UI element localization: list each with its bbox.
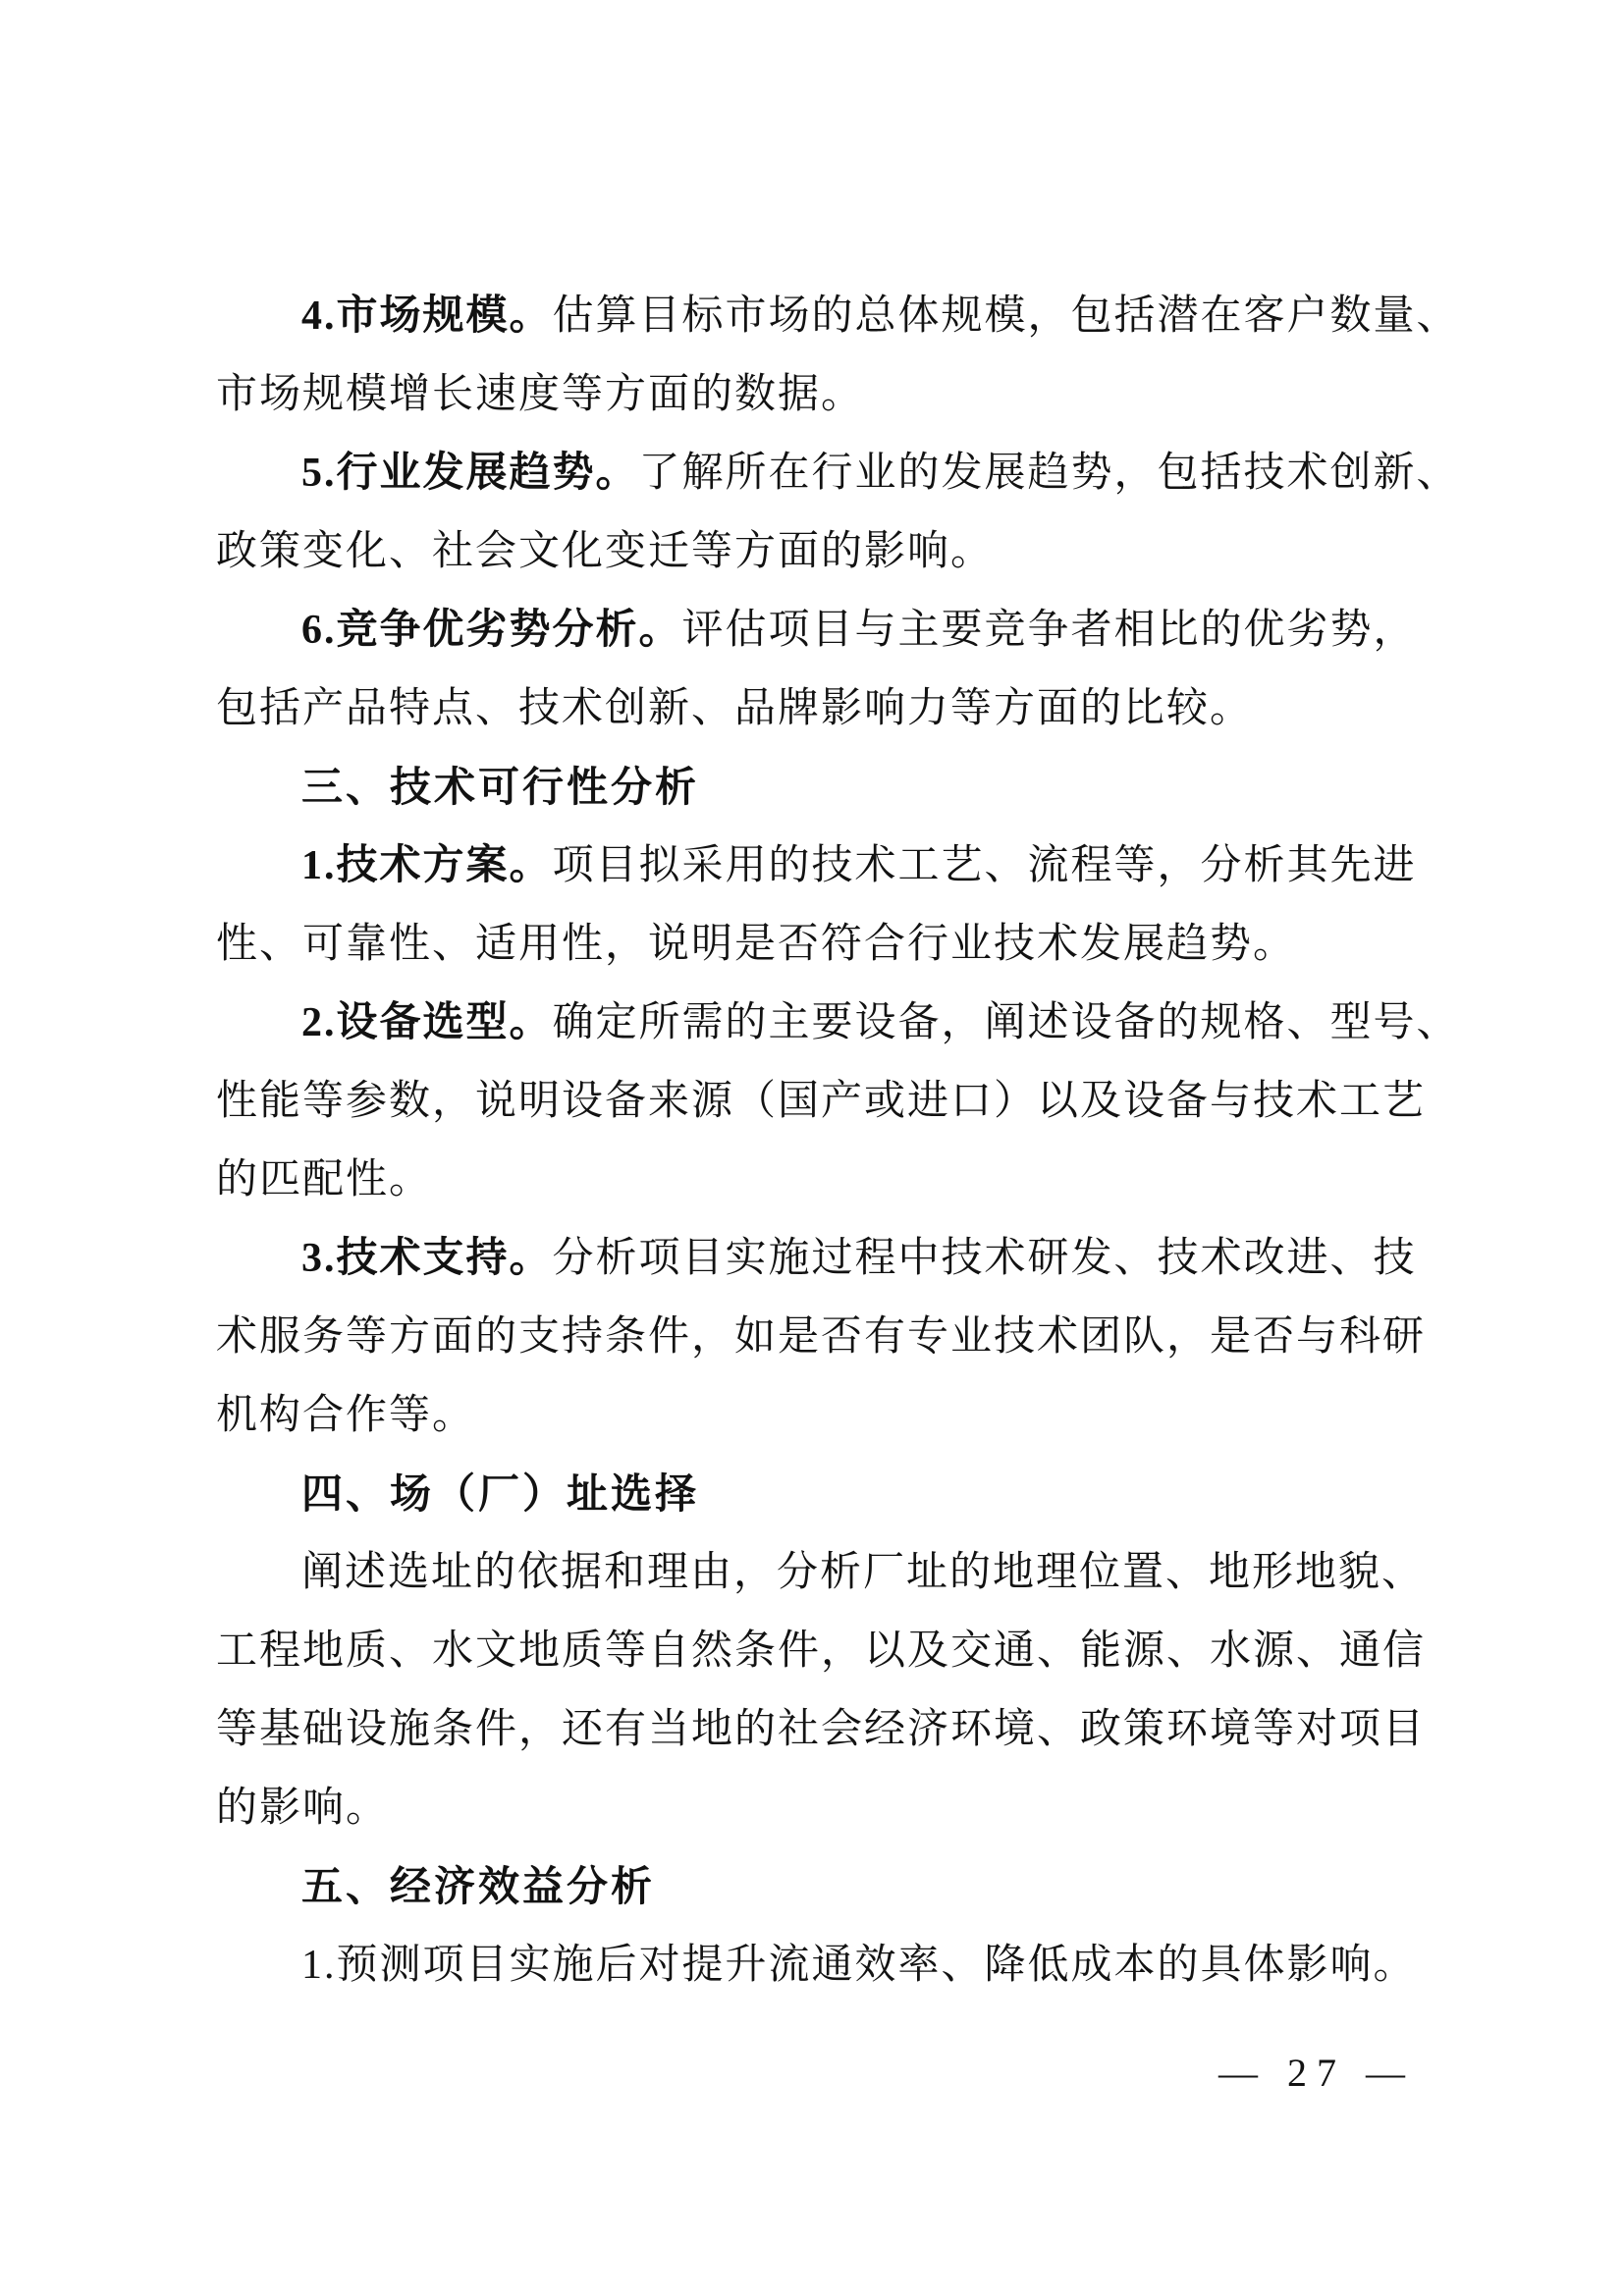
text-line: 市场规模增长速度等方面的数据。 bbox=[216, 355, 1429, 434]
paragraph-lead-label: 3.技术支持。 bbox=[301, 1236, 553, 1281]
text-line: 机构合作等。 bbox=[216, 1376, 1429, 1455]
section-heading: 四、场（厂）址选择 bbox=[216, 1455, 1429, 1533]
text-line: 2.设备选型。确定所需的主要设备，阐述设备的规格、型号、 bbox=[216, 984, 1429, 1062]
text-line: 4.市场规模。估算目标市场的总体规模，包括潜在客户数量、 bbox=[216, 277, 1429, 355]
text-line: 5.行业发展趋势。了解所在行业的发展趋势，包括技术创新、 bbox=[216, 434, 1429, 512]
paragraph-lead-label: 4.市场规模。 bbox=[301, 294, 553, 339]
text-line: 的影响。 bbox=[216, 1769, 1429, 1847]
text-line: 阐述选址的依据和理由，分析厂址的地理位置、地形地貌、 bbox=[216, 1533, 1429, 1612]
document-page: 4.市场规模。估算目标市场的总体规模，包括潜在客户数量、市场规模增长速度等方面的… bbox=[0, 0, 1623, 2296]
paragraph-lead-label: 1.技术方案。 bbox=[301, 843, 553, 888]
text-line: 政策变化、社会文化变迁等方面的影响。 bbox=[216, 512, 1429, 591]
line-text: 分析项目实施过程中技术研发、技术改进、技 bbox=[553, 1236, 1417, 1281]
line-text: 估算目标市场的总体规模，包括潜在客户数量、 bbox=[553, 294, 1460, 339]
line-text: 项目拟采用的技术工艺、流程等，分析其先进 bbox=[553, 843, 1417, 888]
line-text: 确定所需的主要设备，阐述设备的规格、型号、 bbox=[553, 1000, 1460, 1045]
page-number: — 27 — bbox=[1218, 2051, 1415, 2095]
line-text: 评估项目与主要竞争者相比的优劣势， bbox=[682, 608, 1417, 653]
text-line: 性能等参数，说明设备来源（国产或进口）以及设备与技术工艺 bbox=[216, 1062, 1429, 1141]
text-line: 术服务等方面的支持条件，如是否有专业技术团队，是否与科研 bbox=[216, 1298, 1429, 1376]
paragraph-lead-label: 2.设备选型。 bbox=[301, 1000, 553, 1045]
text-line: 3.技术支持。分析项目实施过程中技术研发、技术改进、技 bbox=[216, 1219, 1429, 1298]
document-body: 4.市场规模。估算目标市场的总体规模，包括潜在客户数量、市场规模增长速度等方面的… bbox=[216, 277, 1429, 2004]
text-line: 1.技术方案。项目拟采用的技术工艺、流程等，分析其先进 bbox=[216, 827, 1429, 905]
paragraph-lead-label: 5.行业发展趋势。 bbox=[301, 451, 639, 496]
line-text: 了解所在行业的发展趋势，包括技术创新、 bbox=[639, 451, 1460, 496]
text-line: 6.竞争优劣势分析。评估项目与主要竞争者相比的优劣势， bbox=[216, 591, 1429, 669]
page-footer: — 27 — bbox=[1218, 2050, 1415, 2097]
text-line: 包括产品特点、技术创新、品牌影响力等方面的比较。 bbox=[216, 669, 1429, 748]
paragraph-lead-label: 6.竞争优劣势分析。 bbox=[301, 608, 682, 653]
text-line: 1.预测项目实施后对提升流通效率、降低成本的具体影响。 bbox=[216, 1926, 1429, 2004]
section-heading: 五、经济效益分析 bbox=[216, 1847, 1429, 1926]
text-line: 工程地质、水文地质等自然条件，以及交通、能源、水源、通信 bbox=[216, 1612, 1429, 1690]
text-line: 等基础设施条件，还有当地的社会经济环境、政策环境等对项目 bbox=[216, 1690, 1429, 1769]
text-line: 性、可靠性、适用性，说明是否符合行业技术发展趋势。 bbox=[216, 905, 1429, 984]
text-line: 的匹配性。 bbox=[216, 1141, 1429, 1219]
section-heading: 三、技术可行性分析 bbox=[216, 748, 1429, 827]
